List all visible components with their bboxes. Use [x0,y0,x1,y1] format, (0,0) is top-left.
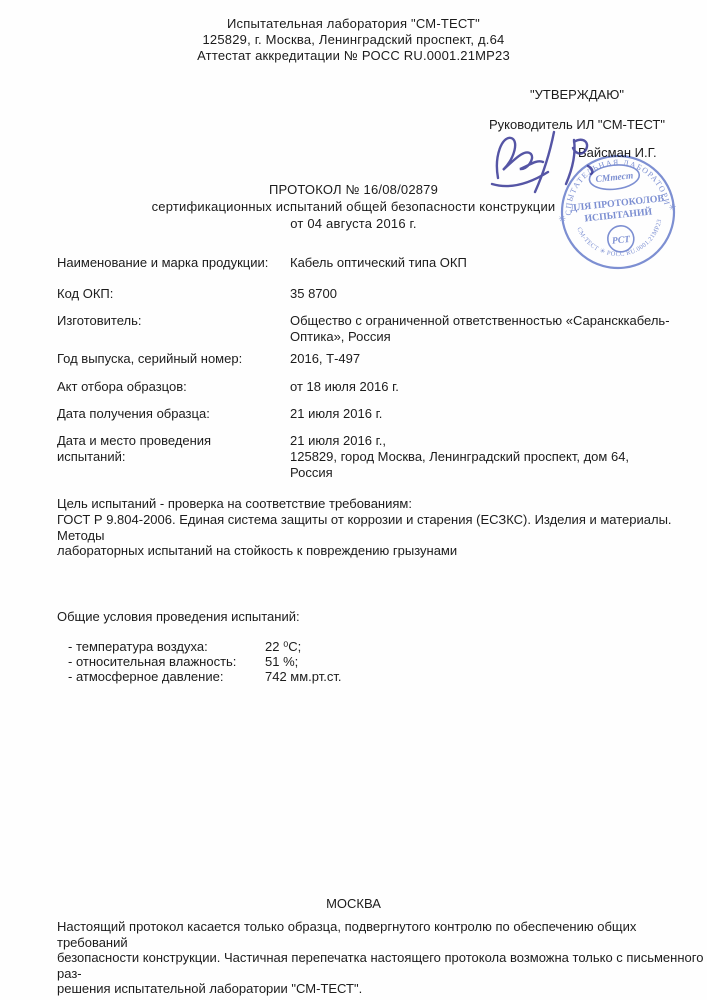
field-label: Наименование и марка продукции: [57,255,282,271]
conditions-heading: Общие условия проведения испытаний: [57,609,300,624]
field-label: Изготовитель: [57,313,282,329]
field-label: Код ОКП: [57,286,282,302]
field-label: Год выпуска, серийный номер: [57,351,282,367]
field-value: от 18 июля 2016 г. [290,379,675,395]
city-label: МОСКВА [0,896,707,911]
footer-disclaimer: Настоящий протокол касается только образ… [57,919,707,997]
lab-name: Испытательная лаборатория "СМ-ТЕСТ" [0,16,707,32]
field-value: 21 июля 2016 г., 125829, город Москва, Л… [290,433,675,481]
test-purpose-paragraph: Цель испытаний - проверка на соответстви… [57,496,677,559]
condition-pressure: - атмосферное давление:742 мм.рт.ст. [68,669,341,684]
field-label: Дата и место проведения испытаний: [57,433,282,465]
field-label: Дата получения образца: [57,406,282,422]
condition-label: - температура воздуха: [68,639,265,654]
approve-label: "УТВЕРЖДАЮ" [447,87,707,103]
condition-value: 51 %; [265,654,298,669]
condition-label: - относительная влажность: [68,654,265,669]
lab-address: 125829, г. Москва, Ленинградский проспек… [0,32,707,48]
field-value: Общество с ограниченной ответственностью… [290,313,675,345]
accreditation-number: Аттестат аккредитации № РОСС RU.0001.21М… [0,48,707,64]
condition-humidity: - относительная влажность:51 %; [68,654,298,669]
protocol-document-page: Испытательная лаборатория "СМ-ТЕСТ" 1258… [0,0,707,1000]
field-label: Акт отбора образцов: [57,379,282,395]
condition-label: - атмосферное давление: [68,669,265,684]
condition-temperature: - температура воздуха:22 ⁰С; [68,639,301,654]
field-value: 21 июля 2016 г. [290,406,675,422]
condition-value: 742 мм.рт.ст. [265,669,341,684]
stamp-rst-logo: РСТ [612,235,632,247]
stamp-star-right: ✳ [668,202,677,213]
letterhead: Испытательная лаборатория "СМ-ТЕСТ" 1258… [0,16,707,64]
condition-value: 22 ⁰С; [265,639,301,654]
signature-scribble [488,126,608,198]
stamp-star-left: ✳ [558,213,567,224]
field-value: 2016, Т-497 [290,351,675,367]
